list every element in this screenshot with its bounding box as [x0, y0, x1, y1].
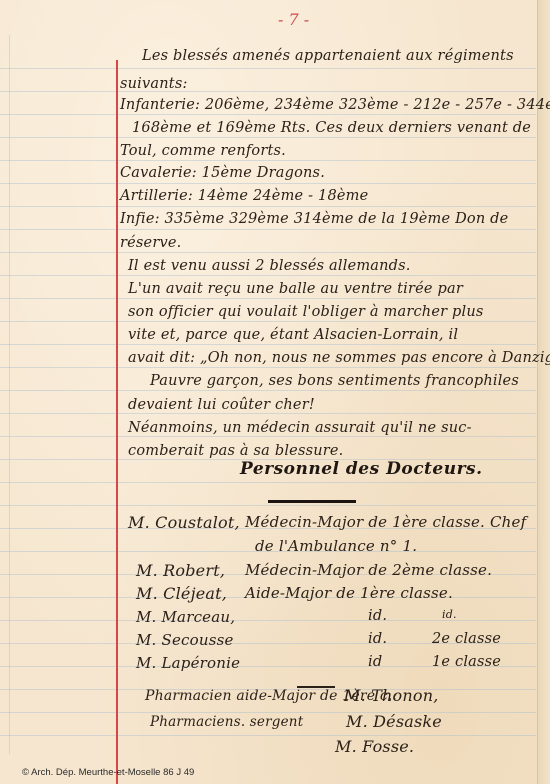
text-line: Pauvre garçon, ses bons sentiments franc… [150, 373, 519, 389]
staff-role: id. [368, 608, 387, 624]
text-line: Artillerie: 14ème 24ème - 18ème [120, 188, 368, 204]
text-line: Cavalerie: 15ème Dragons. [120, 165, 325, 181]
staff-role-continuation: de l'Ambulance n° 1. [255, 537, 417, 555]
staff-class: 2e classe [432, 631, 501, 647]
pharmacist-name: M. Désaske [346, 712, 442, 731]
staff-role: Médecin-Major de 1ère classe. Chef [245, 513, 526, 531]
pharmacist-name: M. Thonon, [344, 686, 439, 705]
text-line: Les blessés amenés appartenaient aux rég… [142, 48, 514, 64]
text-line: devaient lui coûter cher! [128, 397, 315, 413]
staff-class: id. [442, 608, 457, 621]
pharmacist-title: Pharmaciens. sergent [150, 714, 303, 730]
staff-name: M. Coustalot, [128, 513, 240, 532]
facing-page-edge [537, 0, 550, 784]
staff-name: M. Lapéronie [136, 654, 240, 672]
red-margin-line [116, 60, 118, 784]
section-heading: Personnel des Docteurs. [240, 459, 483, 479]
text-line: Néanmoins, un médecin assurait qu'il ne … [128, 420, 472, 436]
text-line: Il est venu aussi 2 blessés allemands. [128, 258, 411, 274]
left-guide-line [9, 35, 10, 754]
text-line: Toul, comme renforts. [120, 143, 286, 159]
staff-role: id [368, 654, 382, 670]
text-line: réserve. [120, 235, 181, 251]
text-line: 168ème et 169ème Rts. Ces deux derniers … [132, 120, 531, 136]
staff-role: Aide-Major de 1ère classe. [245, 584, 453, 602]
staff-name: M. Marceau, [136, 608, 235, 626]
heading-separator [268, 500, 356, 503]
page-number: - 7 - [278, 10, 309, 29]
staff-role: id. [368, 631, 387, 647]
text-line: avait dit: „Oh non, nous ne sommes pas e… [128, 350, 550, 366]
staff-class: 1e classe [432, 654, 501, 670]
text-line: Infanterie: 206ème, 234ème 323ème - 212e… [120, 97, 550, 113]
text-line: comberait pas à sa blessure. [128, 443, 343, 459]
text-line: son officier qui voulait l'obliger à mar… [128, 304, 484, 320]
text-line: vite et, parce que, étant Alsacien-Lorra… [128, 327, 458, 343]
text-line: suivants: [120, 76, 188, 92]
staff-name: M. Robert, [136, 561, 225, 580]
manuscript-page: - 7 - Les blessés amenés appartenaient a… [0, 0, 550, 784]
staff-name: M. Secousse [136, 631, 234, 649]
text-line: L'un avait reçu une balle au ventre tiré… [128, 281, 463, 297]
staff-name: M. Cléjeat, [136, 584, 227, 603]
pharmacist-name: M. Fosse. [335, 737, 414, 756]
staff-role: Médecin-Major de 2ème classe. [245, 561, 492, 579]
text-line: Infie: 335ème 329ème 314ème de la 19ème … [120, 211, 508, 227]
archive-copyright: © Arch. Dép. Meurthe-et-Moselle 86 J 49 [22, 767, 194, 778]
